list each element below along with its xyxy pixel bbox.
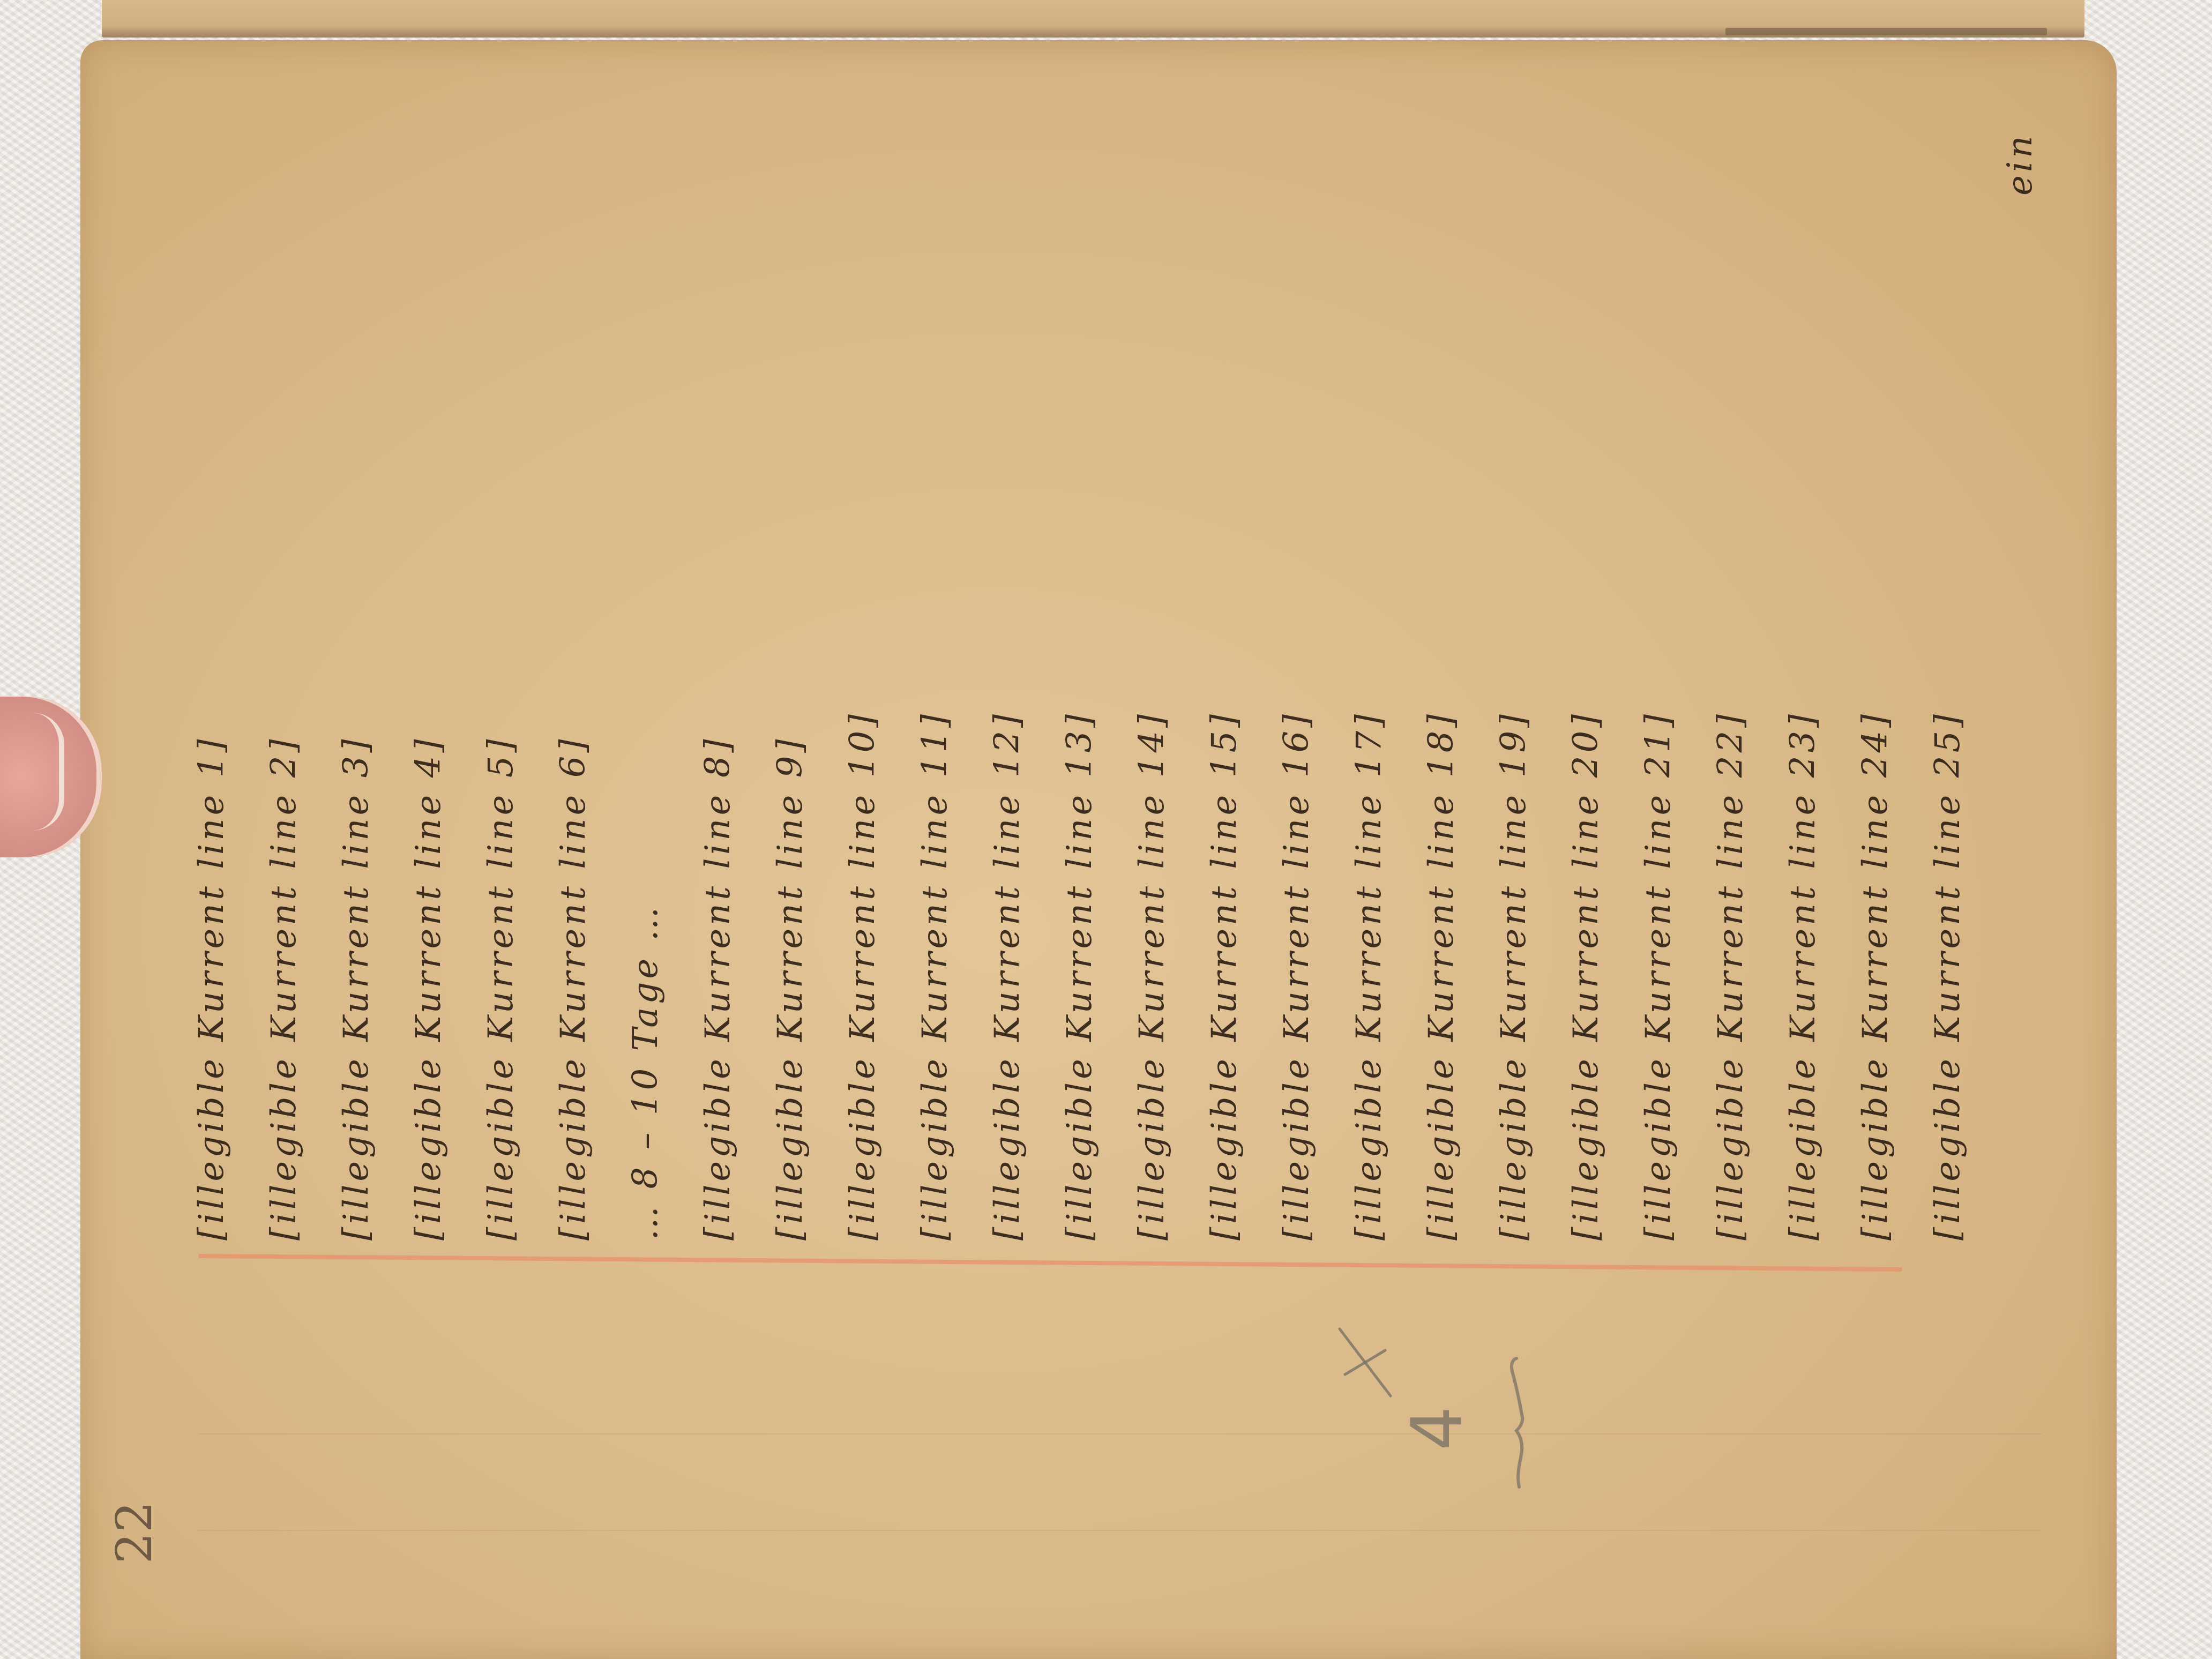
handwritten-line: [illegible Kurrent line 2] <box>255 67 313 1240</box>
handwritten-line: [illegible Kurrent line 25] <box>1918 67 1977 1240</box>
handwritten-line: [illegible Kurrent line 8] <box>689 67 748 1240</box>
handwritten-line: [illegible Kurrent line 5] <box>472 67 530 1240</box>
pencil-brace-mark-icon <box>1506 1356 1538 1490</box>
pencil-number-mark: 4 <box>1396 1407 1477 1451</box>
handwritten-line: [illegible Kurrent line 19] <box>1484 67 1543 1240</box>
handwritten-line: [illegible Kurrent line 16] <box>1267 67 1326 1240</box>
handwritten-line: [illegible Kurrent line 1] <box>182 67 241 1240</box>
manuscript-page: [illegible Kurrent line 1] [illegible Ku… <box>80 40 2117 1659</box>
handwritten-line: [illegible Kurrent line 9] <box>761 67 820 1240</box>
handwritten-line: [illegible Kurrent line 10] <box>833 67 892 1240</box>
pencil-cross-mark-icon <box>1334 1324 1399 1399</box>
handwritten-line: [illegible Kurrent line 12] <box>978 67 1037 1240</box>
handwritten-line: [illegible Kurrent line 21] <box>1629 67 1688 1240</box>
faint-rule <box>198 1530 2042 1531</box>
red-margin-line <box>198 1254 1902 1272</box>
handwritten-line: [illegible Kurrent line 4] <box>399 67 458 1240</box>
fingernail <box>32 713 64 831</box>
binding-gutter <box>1725 28 2047 35</box>
handwritten-line: [illegible Kurrent line 11] <box>906 67 965 1240</box>
handwritten-line: [illegible Kurrent line 20] <box>1557 67 1616 1240</box>
handwritten-line: [illegible Kurrent line 13] <box>1050 67 1109 1240</box>
faint-rule <box>198 1433 2042 1434</box>
handwritten-line: [illegible Kurrent line 17] <box>1340 67 1399 1240</box>
page-number: 22 <box>96 1500 171 1565</box>
handwritten-line: … 8 – 10 Tage … <box>616 67 675 1240</box>
handwritten-line: [illegible Kurrent line 23] <box>1774 67 1833 1240</box>
handwritten-line: [illegible Kurrent line 3] <box>327 67 386 1240</box>
handwritten-line-short: ein <box>1991 67 2050 1240</box>
handwritten-line: [illegible Kurrent line 22] <box>1701 67 1760 1240</box>
handwritten-text-block: [illegible Kurrent line 1] [illegible Ku… <box>182 62 2047 1240</box>
handwritten-line: [illegible Kurrent line 14] <box>1123 67 1182 1240</box>
handwritten-line: [illegible Kurrent line 24] <box>1846 67 1905 1240</box>
handwritten-line: [illegible Kurrent line 15] <box>1195 67 1254 1240</box>
handwritten-line: [illegible Kurrent line 6] <box>544 67 603 1240</box>
handwritten-line: [illegible Kurrent line 18] <box>1412 67 1471 1240</box>
